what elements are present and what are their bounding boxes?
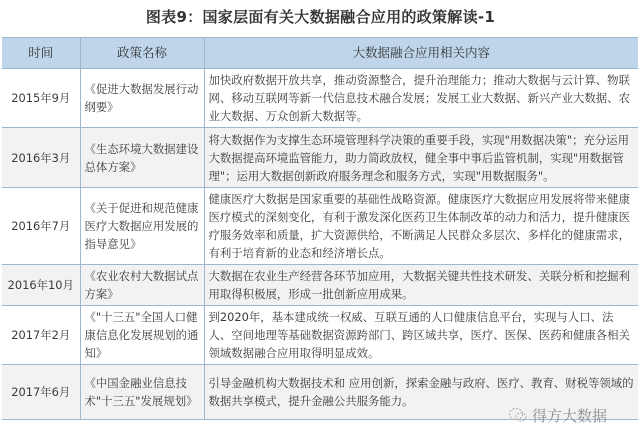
- watermark-text: 得方大数据: [532, 405, 607, 426]
- table-row: 2015年9月 《促进大数据发展行动纲要》 加快政府数据开放共享，推动资源整合，…: [2, 69, 638, 128]
- cell-policy: 《关于促进和规范健康医疗大数据应用发展的指导意见》: [80, 188, 204, 265]
- cell-policy: 《农业农村大数据试点方案》: [80, 265, 204, 306]
- cell-policy: 《"十三五"全国人口健康信息化发展规划的通知》: [80, 306, 204, 365]
- table-row: 2017年2月 《"十三五"全国人口健康信息化发展规划的通知》 到2020年，基…: [2, 306, 638, 365]
- cell-time: 2016年7月: [2, 188, 80, 265]
- wechat-icon: [508, 407, 528, 423]
- cell-time: 2017年2月: [2, 306, 80, 365]
- cell-time: 2016年3月: [2, 128, 80, 188]
- cell-policy: 《促进大数据发展行动纲要》: [80, 69, 204, 128]
- cell-policy: 《中国金融业信息技术"十三五"发展规划》: [80, 365, 204, 420]
- table-row: 2016年3月 《生态环境大数据建设总体方案》 将大数据作为支撑生态环境管理科学…: [2, 128, 638, 188]
- cell-time: 2017年6月: [2, 365, 80, 420]
- cell-content: 大数据在农业生产经营各环节加应用，大数据关键共性技术研发、关联分析和挖掘利用取得…: [204, 265, 638, 306]
- header-policy-name: 政策名称: [80, 38, 204, 69]
- cell-content: 到2020年，基本建成统一权威、互联互通的人口健康信息平台，实现与人口、法人、空…: [204, 306, 638, 365]
- cell-content: 将大数据作为支撑生态环境管理科学决策的重要手段，实现"用数据决策"；充分运用大数…: [204, 128, 638, 188]
- watermark: 得方大数据: [508, 402, 607, 428]
- cell-time: 2015年9月: [2, 69, 80, 128]
- cell-time: 2016年10月: [2, 265, 80, 306]
- header-content: 大数据融合应用相关内容: [204, 38, 638, 69]
- figure-title: 图表9：国家层面有关大数据融合应用的政策解读-1: [0, 6, 641, 27]
- header-time: 时间: [2, 38, 80, 69]
- cell-content: 健康医疗大数据是国家重要的基础性战略资源。健康医疗大数据应用发展将带来健康医疗模…: [204, 188, 638, 265]
- table-header-row: 时间 政策名称 大数据融合应用相关内容: [2, 38, 638, 69]
- policy-table: 时间 政策名称 大数据融合应用相关内容 2015年9月 《促进大数据发展行动纲要…: [2, 37, 638, 420]
- cell-policy: 《生态环境大数据建设总体方案》: [80, 128, 204, 188]
- table-row: 2016年10月 《农业农村大数据试点方案》 大数据在农业生产经营各环节加应用，…: [2, 265, 638, 306]
- table-row: 2016年7月 《关于促进和规范健康医疗大数据应用发展的指导意见》 健康医疗大数…: [2, 188, 638, 265]
- cell-content: 加快政府数据开放共享，推动资源整合，提升治理能力；推动大数据与云计算、物联网、移…: [204, 69, 638, 128]
